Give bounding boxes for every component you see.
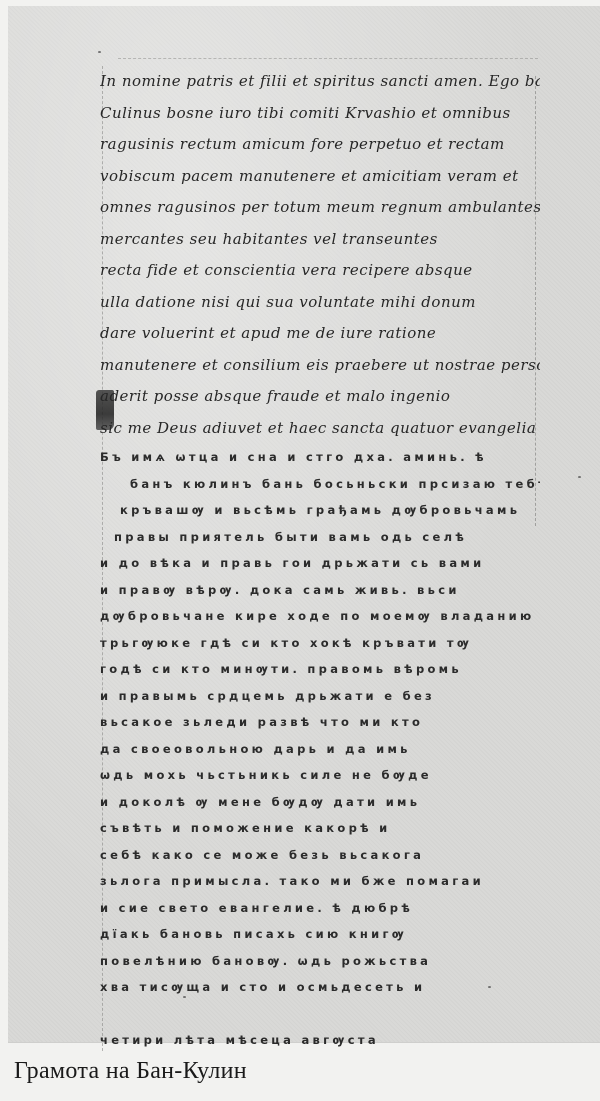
- latin-line: In nomine patris et filii et spiritus sa…: [100, 66, 540, 98]
- latin-line: ulla datione nisi qui sua voluntate mihi…: [100, 287, 540, 319]
- cyrillic-line: дїакь бановь писахь сию книгѹ: [100, 921, 540, 948]
- ink-speck: [578, 476, 581, 478]
- manuscript-text: In nomine patris et filii et spiritus sa…: [100, 66, 540, 1053]
- cyrillic-line: зьлога примысла. тако ми бже помагаи: [100, 868, 540, 895]
- latin-line: aderit posse absque fraude et malo ingen…: [100, 381, 540, 413]
- cyrillic-line: трьгѹюке гдѣ си кто хокѣ кръвати тѹ: [100, 630, 540, 657]
- line-gap: [100, 1001, 540, 1027]
- cyrillic-line: и сие свето евангелие. ѣ дюбрѣ: [100, 895, 540, 922]
- latin-line: ragusinis rectum amicum fore perpetuo et…: [100, 129, 540, 161]
- latin-line: Culinus bosne iuro tibi comiti Krvashio …: [100, 98, 540, 130]
- cyrillic-line: и правымь срдцемь дрьжати е без: [100, 683, 540, 710]
- latin-line: vobiscum pacem manutenere et amicitiam v…: [100, 161, 540, 193]
- latin-line: sic me Deus adiuvet et haec sancta quatu…: [100, 413, 540, 445]
- cyrillic-line: четири лѣта мѣсеца авгѹста: [100, 1027, 540, 1054]
- cyrillic-line: годѣ си кто минѹти. правомь вѣромь: [100, 656, 540, 683]
- cyrillic-line: дѹбровьчане кире ходе по моемѹ владанию: [100, 603, 540, 630]
- latin-line: omnes ragusinos per totum meum regnum am…: [100, 192, 540, 224]
- ruling-line-top: [118, 58, 538, 60]
- cyrillic-line: себѣ како се може безь вьсакога: [100, 842, 540, 869]
- latin-section: In nomine patris et filii et spiritus sa…: [100, 66, 540, 444]
- latin-line: dare voluerint et apud me de iure ration…: [100, 318, 540, 350]
- cyrillic-line: съвѣть и поможение какорѣ и: [100, 815, 540, 842]
- cyrillic-line: ѡдь мохь чьстьникь силе не бѹде: [100, 762, 540, 789]
- cyrillic-line: правы приятель быти вамь одь селѣ: [100, 524, 540, 551]
- latin-line: mercantes seu habitantes vel transeuntes: [100, 224, 540, 256]
- cyrillic-line: банъ кюлинъ бань босьньски прсизаю тебѣ …: [100, 471, 540, 498]
- cyrillic-line: и правѹ вѣрѹ. дока самь живь. вьси: [100, 577, 540, 604]
- cyrillic-line: кръвашѹ и вьсѣмь грађамь дѹбровьчамь: [100, 497, 540, 524]
- cyrillic-line: повелѣнию бановѹ. ѡдь рожьства: [100, 948, 540, 975]
- cyrillic-line: и доколѣ ѹ мене бѹдѹ дати имь: [100, 789, 540, 816]
- cyrillic-section: Бъ имѧ ѡтца и сна и стго дха. аминь. ѣ б…: [100, 444, 540, 1053]
- cyrillic-line: Бъ имѧ ѡтца и сна и стго дха. аминь. ѣ: [100, 444, 540, 471]
- cyrillic-line: хва тисѹща и сто и осмьдесеть и: [100, 974, 540, 1001]
- latin-line: recta fide et conscientia vera recipere …: [100, 255, 540, 287]
- ink-speck: [98, 51, 101, 53]
- latin-line: manutenere et consilium eis praebere ut …: [100, 350, 540, 382]
- cyrillic-line: и до вѣка и правь гои дрьжати сь вами: [100, 550, 540, 577]
- cyrillic-line: да своеовольною дарь и да имь: [100, 736, 540, 763]
- cyrillic-line: вьсакое зьледи развѣ что ми кто: [100, 709, 540, 736]
- figure-caption: Грамота на Бан-Кулин: [14, 1058, 247, 1085]
